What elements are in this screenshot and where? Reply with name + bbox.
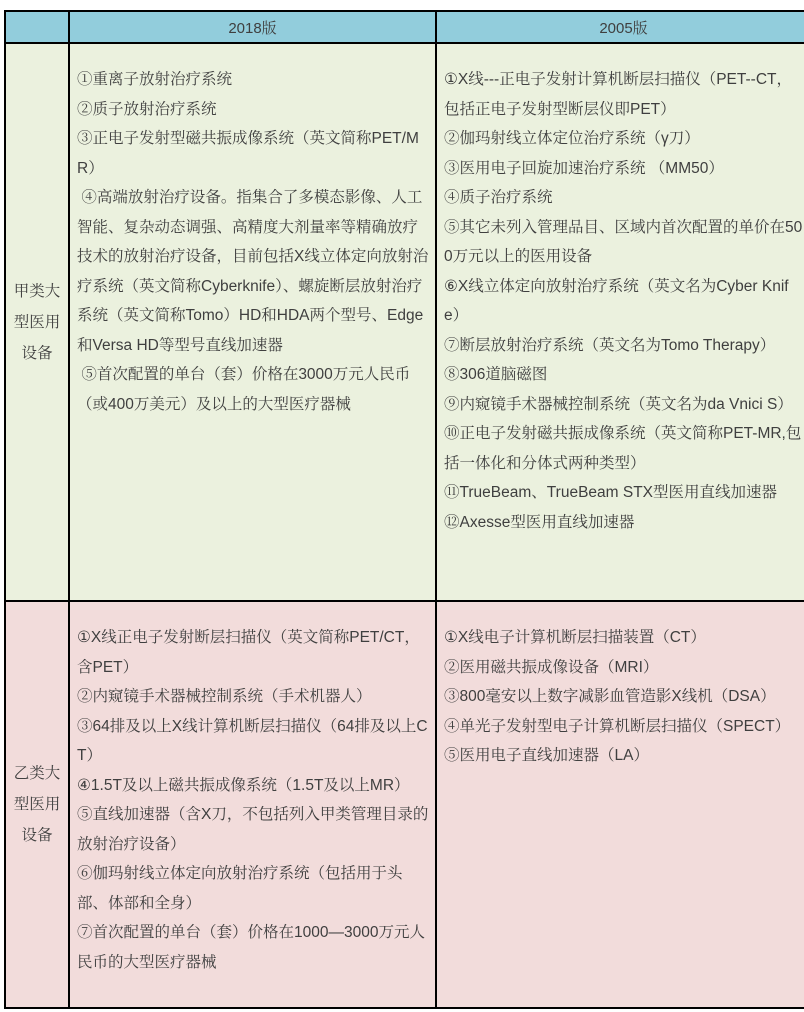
list-item: ⑥X线立体定向放射治疗系统（英文名为Cyber Knife） — [444, 272, 804, 331]
list-item: ③正电子发射型磁共振成像系统（英文简称PET/MR） — [77, 124, 429, 183]
category-label-class-b: 乙类大型医用设备 — [5, 601, 69, 1008]
list-item: ④质子治疗系统 — [444, 183, 804, 213]
list-item: ③800毫安以上数字减影血管造影X线机（DSA） — [444, 682, 804, 712]
list-item: ④1.5T及以上磁共振成像系统（1.5T及以上MR） — [77, 771, 429, 801]
header-row: 2018版 2005版 — [5, 11, 804, 43]
col-header-2005: 2005版 — [436, 11, 804, 43]
list-item: ⑫Axesse型医用直线加速器 — [444, 508, 804, 538]
table-row-class-a: 甲类大型医用设备 ①重离子放射治疗系统②质子放射治疗系统③正电子发射型磁共振成像… — [5, 43, 804, 601]
list-item: ①X线正电子发射断层扫描仪（英文简称PET/CT，含PET） — [77, 623, 429, 682]
equipment-list-class-b-2005: ①X线电子计算机断层扫描装置（CT）②医用磁共振成像设备（MRI）③800毫安以… — [436, 601, 804, 1008]
list-item: ③64排及以上X线计算机断层扫描仪（64排及以上CT） — [77, 712, 429, 771]
list-item: ⑦首次配置的单台（套）价格在1000—3000万元人民币的大型医疗器械 — [77, 918, 429, 977]
list-item: ⑪TrueBeam、TrueBeam STX型医用直线加速器 — [444, 478, 804, 508]
list-item: ⑤首次配置的单台（套）价格在3000万元人民币（或400万美元）及以上的大型医疗… — [77, 360, 429, 419]
list-item: ⑩正电子发射磁共振成像系统（英文简称PET-MR,包括一体化和分体式两种类型） — [444, 419, 804, 478]
category-label-class-a: 甲类大型医用设备 — [5, 43, 69, 601]
equipment-list-class-b-2018: ①X线正电子发射断层扫描仪（英文简称PET/CT，含PET）②内窥镜手术器械控制… — [69, 601, 436, 1008]
list-item: ⑤其它未列入管理品目、区域内首次配置的单价在500万元以上的医用设备 — [444, 213, 804, 272]
list-item: ②内窥镜手术器械控制系统（手术机器人） — [77, 682, 429, 712]
list-item: ⑤直线加速器（含X刀，不包括列入甲类管理目录的放射治疗设备） — [77, 800, 429, 859]
list-item: ②伽玛射线立体定位治疗系统（γ刀） — [444, 124, 804, 154]
equipment-comparison-table: 2018版 2005版 甲类大型医用设备 ①重离子放射治疗系统②质子放射治疗系统… — [4, 10, 804, 1009]
corner-cell — [5, 11, 69, 43]
list-item: ⑨内窥镜手术器械控制系统（英文名为da Vnici S） — [444, 390, 804, 420]
list-item: ⑥伽玛射线立体定向放射治疗系统（包括用于头部、体部和全身） — [77, 859, 429, 918]
comparison-table-wrap: 2018版 2005版 甲类大型医用设备 ①重离子放射治疗系统②质子放射治疗系统… — [4, 10, 804, 1009]
col-header-2018: 2018版 — [69, 11, 436, 43]
list-item: ⑤医用电子直线加速器（LA） — [444, 741, 804, 771]
list-item: ②医用磁共振成像设备（MRI） — [444, 653, 804, 683]
list-item: ①重离子放射治疗系统 — [77, 65, 429, 95]
list-item: ①X线---正电子发射计算机断层扫描仪（PET--CT，包括正电子发射型断层仪即… — [444, 65, 804, 124]
list-item: ③医用电子回旋加速治疗系统 （MM50） — [444, 154, 804, 184]
list-item: ②质子放射治疗系统 — [77, 95, 429, 125]
equipment-list-class-a-2018: ①重离子放射治疗系统②质子放射治疗系统③正电子发射型磁共振成像系统（英文简称PE… — [69, 43, 436, 601]
list-item: ④单光子发射型电子计算机断层扫描仪（SPECT） — [444, 712, 804, 742]
table-row-class-b: 乙类大型医用设备 ①X线正电子发射断层扫描仪（英文简称PET/CT，含PET）②… — [5, 601, 804, 1008]
list-item: ⑧306道脑磁图 — [444, 360, 804, 390]
list-item: ④高端放射治疗设备。指集合了多模态影像、人工智能、复杂动态调强、高精度大剂量率等… — [77, 183, 429, 360]
list-item: ⑦断层放射治疗系统（英文名为Tomo Therapy） — [444, 331, 804, 361]
equipment-list-class-a-2005: ①X线---正电子发射计算机断层扫描仪（PET--CT，包括正电子发射型断层仪即… — [436, 43, 804, 601]
list-item: ①X线电子计算机断层扫描装置（CT） — [444, 623, 804, 653]
